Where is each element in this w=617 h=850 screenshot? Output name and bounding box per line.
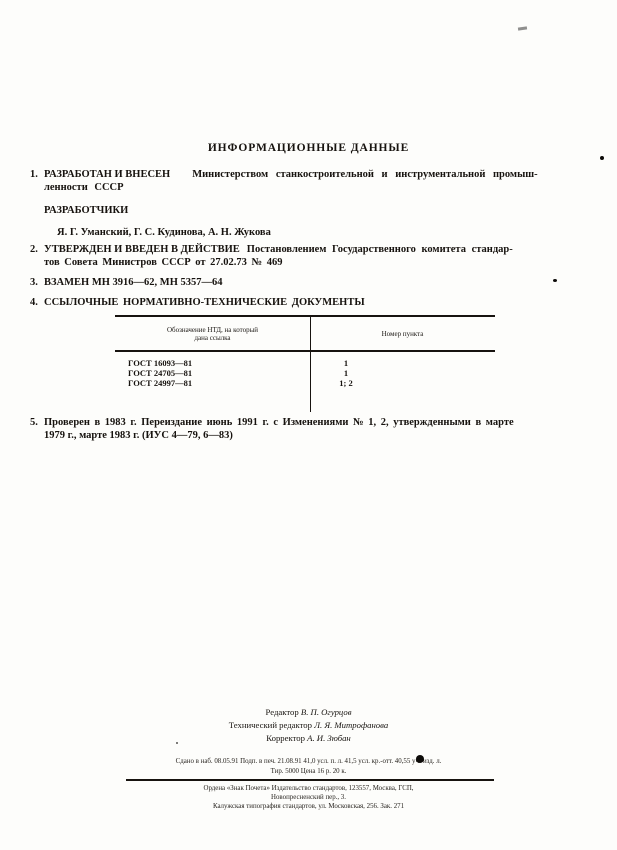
item-4-number: 4. <box>30 297 44 309</box>
table-row: ГОСТ 24997—81 1; 2 <box>115 378 495 388</box>
page-title: ИНФОРМАЦИОННЫЕ ДАННЫЕ <box>0 142 617 154</box>
table-header-ntd: Обозначение НТД, на который дана ссылка <box>115 326 310 342</box>
table-body: ГОСТ 16093—81 1 ГОСТ 24705—81 1 ГОСТ 249… <box>115 352 495 388</box>
item-4-text: ССЫЛОЧНЫЕ НОРМАТИВНО-ТЕХНИЧЕСКИЕ ДОКУМЕН… <box>44 297 365 309</box>
imprint-line-1: Сдано в наб. 08.05.91 Подп. в печ. 21.08… <box>0 758 617 766</box>
ink-blot-artifact <box>416 755 424 763</box>
imprint-line-2: Тир. 5000 Цена 16 р. 20 к. <box>0 768 617 776</box>
table-header-punkt: Номер пункта <box>310 330 495 338</box>
item-2-label: УТВЕРЖДЕН И ВВЕДЕН В ДЕЙСТВИЕ <box>44 244 240 256</box>
publisher-line-2: Новопресненский пер., 3. <box>0 794 617 802</box>
corrector-line: Корректор А. И. Зюбан <box>0 733 617 743</box>
item-1-line-1: 1. РАЗРАБОТАН И ВНЕСЕН Министерством ста… <box>30 169 586 181</box>
publisher-line-3: Калужская типография стандартов, ул. Мос… <box>0 803 617 811</box>
table-header-ntd-line2: дана ссылка <box>115 334 310 342</box>
ink-dot-artifact <box>600 156 604 160</box>
imprint-divider-rule <box>126 779 494 781</box>
item-1-label: РАЗРАБОТАН И ВНЕСЕН <box>44 169 170 181</box>
item-2-line-2: тов Совета Министров СССР от 27.02.73 № … <box>44 257 282 269</box>
technical-editor-line: Технический редактор Л. Я. Митрофанова <box>0 720 617 730</box>
item-3: 3. ВЗАМЕН МН 3916—62, МН 5357—64 <box>30 277 586 289</box>
reference-table: Обозначение НТД, на который дана ссылка … <box>115 315 495 412</box>
ink-dot-artifact <box>553 279 557 282</box>
item-5-number: 5. <box>30 417 44 429</box>
item-1-line-2: ленности СССР <box>44 182 124 194</box>
developers-heading: РАЗРАБОТЧИКИ <box>44 205 128 217</box>
scan-smudge-artifact <box>518 26 527 30</box>
table-header: Обозначение НТД, на который дана ссылка … <box>115 317 495 352</box>
item-1-text: Министерством станкостроительной и инстр… <box>192 169 537 181</box>
corrector-name: А. И. Зюбан <box>307 733 351 743</box>
publisher-line-1: Ордена «Знак Почета» Издательство станда… <box>0 785 617 793</box>
editor-label: Редактор <box>266 707 299 717</box>
table-header-ntd-line1: Обозначение НТД, на который <box>115 326 310 334</box>
table-cell-punkt: 1 <box>326 359 366 367</box>
document-page: ИНФОРМАЦИОННЫЕ ДАННЫЕ 1. РАЗРАБОТАН И ВН… <box>0 0 617 850</box>
table-row: ГОСТ 16093—81 1 <box>115 358 495 368</box>
table-cell-ntd: ГОСТ 24997—81 <box>115 379 310 387</box>
item-5-line-1: 5. Проверен в 1983 г. Переиздание июнь 1… <box>30 417 586 429</box>
developers-names: Я. Г. Уманский, Г. С. Кудинова, А. Н. Жу… <box>57 227 271 239</box>
corrector-label: Корректор <box>266 733 305 743</box>
table-cell-ntd: ГОСТ 16093—81 <box>115 359 310 367</box>
table-cell-punkt: 1 <box>326 369 366 377</box>
item-3-number: 3. <box>30 277 44 289</box>
table-cell-ntd: ГОСТ 24705—81 <box>115 369 310 377</box>
editor-name: В. П. Огурцов <box>301 707 352 717</box>
item-3-text: ВЗАМЕН МН 3916—62, МН 5357—64 <box>44 277 223 289</box>
technical-editor-label: Технический редактор <box>229 720 312 730</box>
table-row: ГОСТ 24705—81 1 <box>115 368 495 378</box>
ink-speck-artifact <box>176 742 178 744</box>
technical-editor-name: Л. Я. Митрофанова <box>314 720 388 730</box>
item-2-line-1: 2. УТВЕРЖДЕН И ВВЕДЕН В ДЕЙСТВИЕ Постано… <box>30 244 586 256</box>
item-1-number: 1. <box>30 169 44 181</box>
table-cell-punkt: 1; 2 <box>326 379 366 387</box>
editor-line: Редактор В. П. Огурцов <box>0 707 617 717</box>
item-2-text: Постановлением Государственного комитета… <box>247 244 513 256</box>
item-2-number: 2. <box>30 244 44 256</box>
item-5-text: Проверен в 1983 г. Переиздание июнь 1991… <box>44 417 514 429</box>
item-4: 4. ССЫЛОЧНЫЕ НОРМАТИВНО-ТЕХНИЧЕСКИЕ ДОКУ… <box>30 297 586 309</box>
item-5-line-2: 1979 г., марте 1983 г. (ИУС 4—79, 6—83) <box>44 430 233 442</box>
